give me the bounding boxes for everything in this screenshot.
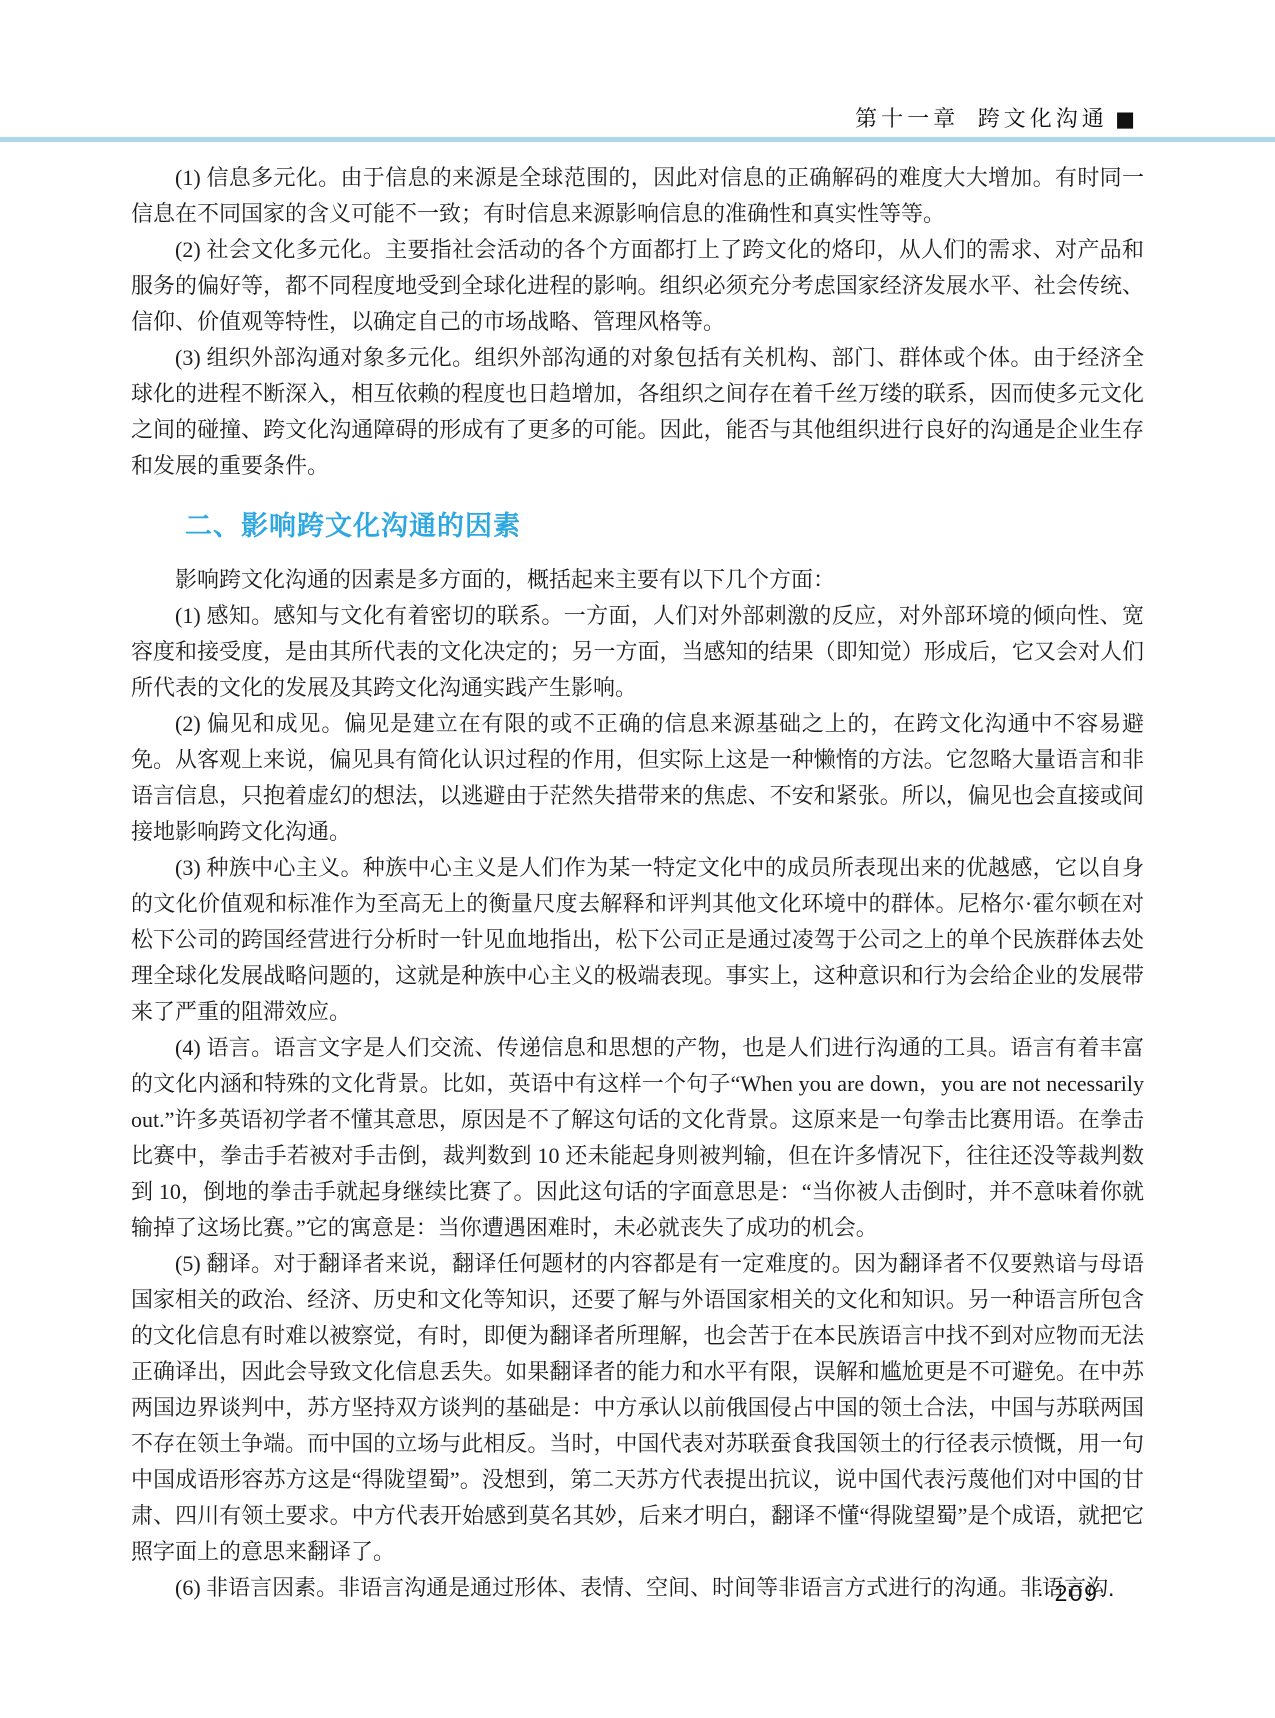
paragraph-factor-language: (4) 语言。语言文字是人们交流、传递信息和思想的产物，也是人们进行沟通的工具。…	[131, 1030, 1144, 1246]
paragraph-factor-prejudice: (2) 偏见和成见。偏见是建立在有限的或不正确的信息来源基础之上的，在跨文化沟通…	[131, 706, 1144, 850]
chapter-title: 跨文化沟通	[978, 106, 1108, 131]
paragraph-factor-ethnocentrism: (3) 种族中心主义。种族中心主义是人们作为某一特定文化中的成员所表现出来的优越…	[131, 850, 1144, 1030]
square-marker-icon: ■	[1115, 107, 1135, 131]
paragraph-external-communication-diversity: (3) 组织外部沟通对象多元化。组织外部沟通的对象包括有关机构、部门、群体或个体…	[131, 340, 1144, 484]
paragraph-factors-intro: 影响跨文化沟通的因素是多方面的，概括起来主要有以下几个方面：	[131, 562, 1144, 598]
header-divider-rule	[0, 137, 1275, 142]
running-header: 第十一章跨文化沟通■	[855, 102, 1135, 133]
page-body-text: (1) 信息多元化。由于信息的来源是全球范围的，因此对信息的正确解码的难度大大增…	[131, 160, 1144, 1606]
page-number: · 209 ·	[1037, 1580, 1117, 1607]
paragraph-factor-translation: (5) 翻译。对于翻译者来说，翻译任何题材的内容都是有一定难度的。因为翻译者不仅…	[131, 1246, 1144, 1570]
book-page: 第十一章跨文化沟通■ (1) 信息多元化。由于信息的来源是全球范围的，因此对信息…	[0, 0, 1275, 1718]
chapter-number: 第十一章	[855, 106, 959, 131]
paragraph-social-culture-diversity: (2) 社会文化多元化。主要指社会活动的各个方面都打上了跨文化的烙印，从人们的需…	[131, 232, 1144, 340]
paragraph-factor-nonverbal: (6) 非语言因素。非语言沟通是通过形体、表情、空间、时间等非语言方式进行的沟通…	[131, 1570, 1144, 1606]
paragraph-factor-perception: (1) 感知。感知与文化有着密切的联系。一方面，人们对外部刺激的反应，对外部环境…	[131, 598, 1144, 706]
paragraph-information-diversity: (1) 信息多元化。由于信息的来源是全球范围的，因此对信息的正确解码的难度大大增…	[131, 160, 1144, 232]
section-heading-factors: 二、影响跨文化沟通的因素	[131, 510, 1144, 544]
